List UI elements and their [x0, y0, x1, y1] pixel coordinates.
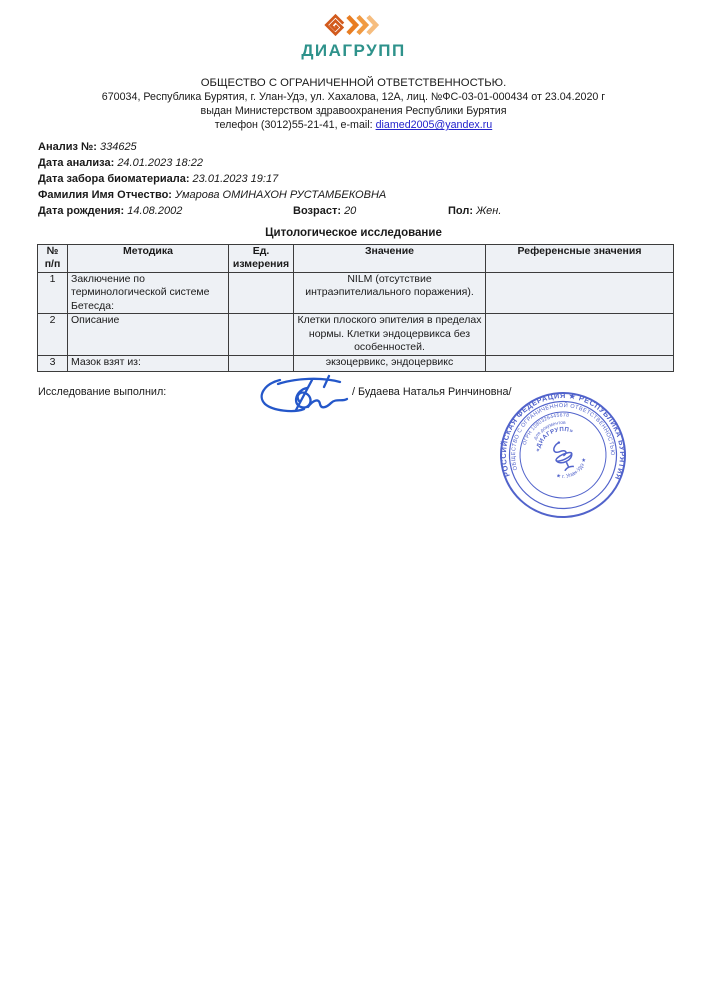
- birth-date-value: 14.08.2002: [127, 205, 182, 217]
- row-num: 2: [38, 314, 68, 356]
- analysis-number-value: 334625: [100, 141, 137, 153]
- full-name-row: Фамилия Имя Отчество: Умарова ОМИНАХОН Р…: [38, 188, 677, 204]
- row-method: Описание: [68, 314, 229, 356]
- sex-value: Жен.: [476, 205, 501, 217]
- analysis-number-row: Анализ №: 334625: [38, 140, 677, 156]
- stamp-city-text: ★ г. Улан-Удэ ★: [552, 455, 593, 485]
- sampling-date-row: Дата забора биоматериала: 23.01.2023 19:…: [38, 172, 677, 188]
- phone-text: телефон (3012)55-21-41, e-mail:: [215, 119, 376, 131]
- org-header: ОБЩЕСТВО С ОГРАНИЧЕННОЙ ОТВЕТСТВЕННОСТЬЮ…: [0, 76, 707, 132]
- row-method: Мазок взят из:: [68, 356, 229, 372]
- row-value: NILM (отсутствие интраэпителиального пор…: [294, 273, 486, 314]
- brand-name: ДИАГРУПП: [0, 41, 707, 61]
- row-unit: [229, 314, 294, 356]
- table-header-row: № п/п Методика Ед. измерения Значение Ре…: [38, 245, 674, 273]
- row-reference: [486, 273, 674, 314]
- row-reference: [486, 314, 674, 356]
- birth-age-sex-row: Дата рождения: 14.08.2002 Возраст: 20 По…: [38, 204, 677, 220]
- row-value: Клетки плоского эпителия в пределах норм…: [294, 314, 486, 356]
- company-round-stamp: РОССИЙСКАЯ ФЕДЕРАЦИЯ ★ РЕСПУБЛИКА БУРЯТИ…: [497, 389, 629, 521]
- full-name-label: Фамилия Имя Отчество:: [38, 189, 172, 201]
- doctor-name: / Будаева Наталья Ринчиновна/: [352, 386, 512, 398]
- analysis-date-value: 24.01.2023 18:22: [117, 157, 203, 169]
- org-address: 670034, Республика Бурятия, г. Улан-Удэ,…: [0, 90, 707, 104]
- license-issuer: выдан Министерством здравоохранения Респ…: [0, 104, 707, 118]
- table-row: 1 Заключение по терминологической систем…: [38, 273, 674, 314]
- performed-by-label: Исследование выполнил:: [38, 386, 166, 398]
- age-segment: Возраст: 20: [293, 204, 356, 219]
- full-name-value: Умарова ОМИНАХОН РУСТАМБЕКОВНА: [175, 189, 386, 201]
- email-link[interactable]: diamed2005@yandex.ru: [376, 119, 493, 131]
- sex-segment: Пол: Жен.: [448, 204, 501, 219]
- contact-line: телефон (3012)55-21-41, e-mail: diamed20…: [0, 118, 707, 132]
- section-title: Цитологическое исследование: [0, 227, 707, 239]
- header-method: Методика: [68, 245, 229, 273]
- age-value: 20: [344, 205, 356, 217]
- lab-report-page: ДИАГРУПП ОБЩЕСТВО С ОГРАНИЧЕННОЙ ОТВЕТСТ…: [0, 0, 707, 1000]
- analysis-date-row: Дата анализа: 24.01.2023 18:22: [38, 156, 677, 172]
- doctor-signature: [250, 374, 350, 420]
- svg-text:★ г. Улан-Удэ ★: ★ г. Улан-Удэ ★: [552, 455, 593, 485]
- row-unit: [229, 356, 294, 372]
- bowl-of-hygieia-icon: [549, 439, 577, 473]
- table-row: 3 Мазок взят из: экзоцервикс, эндоцервик…: [38, 356, 674, 372]
- results-table: № п/п Методика Ед. измерения Значение Ре…: [37, 244, 674, 372]
- header-unit: Ед. измерения: [229, 245, 294, 273]
- row-num: 1: [38, 273, 68, 314]
- analysis-date-label: Дата анализа:: [38, 157, 114, 169]
- header-num: № п/п: [38, 245, 68, 273]
- sex-label: Пол:: [448, 205, 473, 217]
- row-num: 3: [38, 356, 68, 372]
- row-reference: [486, 356, 674, 372]
- header-value: Значение: [294, 245, 486, 273]
- patient-info: Анализ №: 334625 Дата анализа: 24.01.202…: [38, 140, 677, 220]
- row-method: Заключение по терминологической системе …: [68, 273, 229, 314]
- header-reference: Референсные значения: [486, 245, 674, 273]
- analysis-number-label: Анализ №:: [38, 141, 97, 153]
- diagrupp-logo-icon: [322, 10, 386, 40]
- birth-date-label: Дата рождения:: [38, 205, 124, 217]
- sampling-date-label: Дата забора биоматериала:: [38, 173, 189, 185]
- birth-date-segment: Дата рождения: 14.08.2002: [38, 205, 182, 217]
- row-unit: [229, 273, 294, 314]
- sampling-date-value: 23.01.2023 19:17: [193, 173, 279, 185]
- org-name: ОБЩЕСТВО С ОГРАНИЧЕННОЙ ОТВЕТСТВЕННОСТЬЮ…: [0, 76, 707, 90]
- age-label: Возраст:: [293, 205, 341, 217]
- logo: ДИАГРУПП: [0, 10, 707, 61]
- row-value: экзоцервикс, эндоцервикс: [294, 356, 486, 372]
- table-row: 2 Описание Клетки плоского эпителия в пр…: [38, 314, 674, 356]
